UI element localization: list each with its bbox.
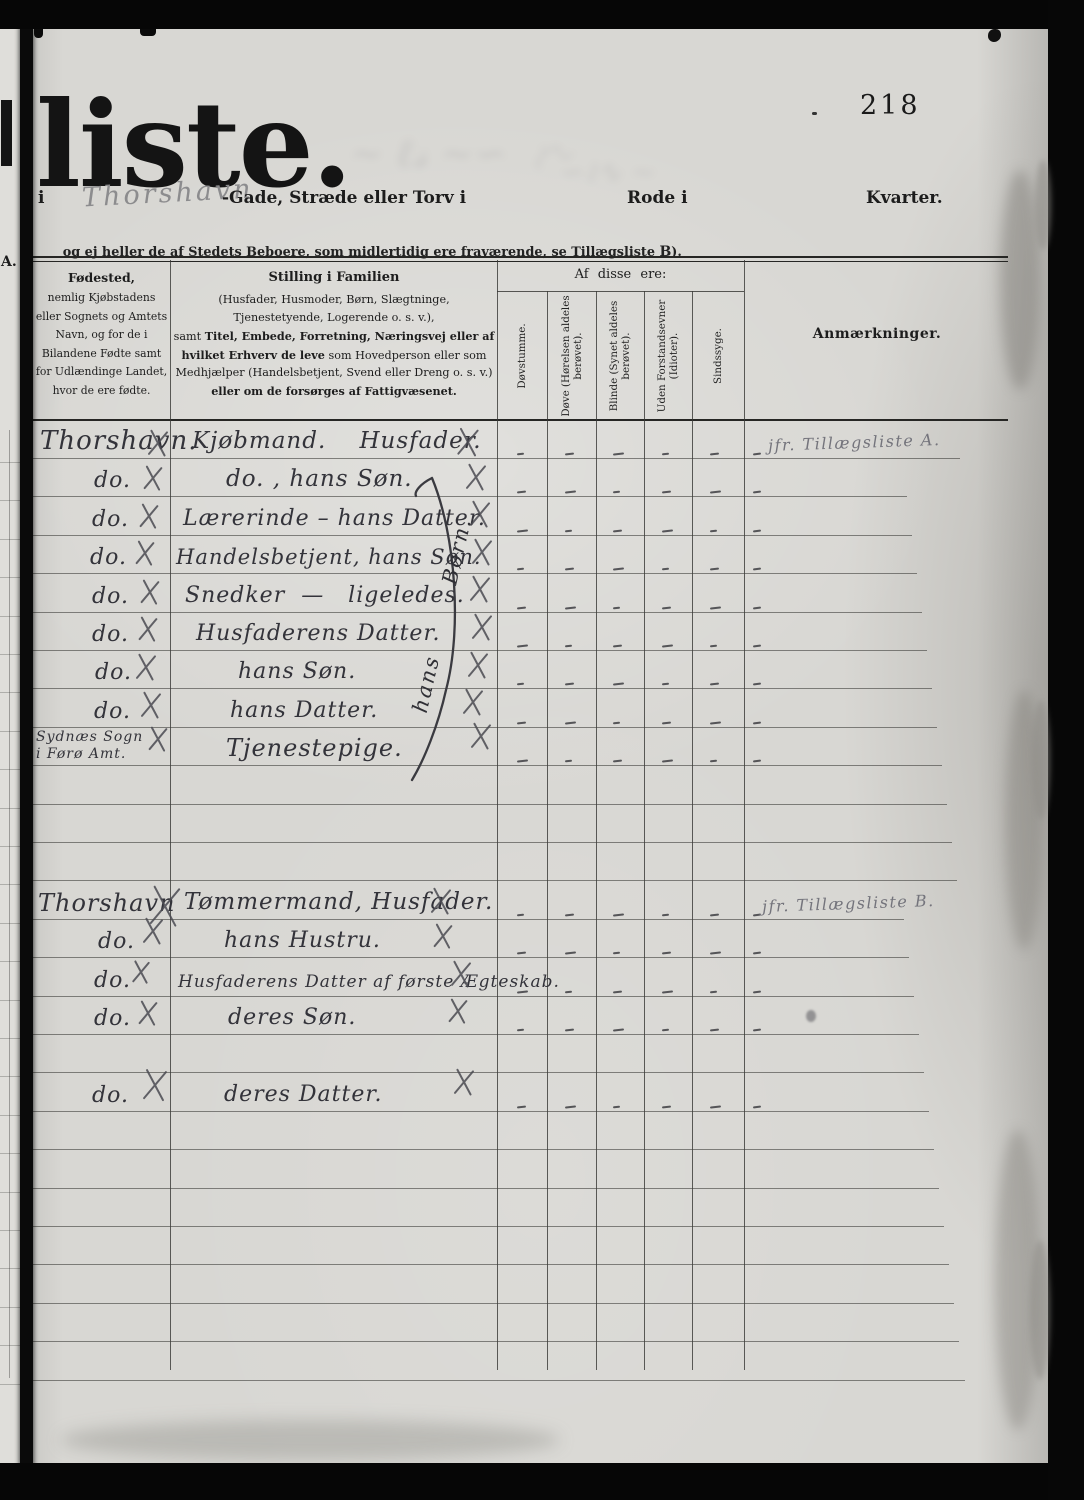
position-header-segment: som Hovedperson eller som xyxy=(325,349,487,362)
birthplace-x-mark xyxy=(137,501,160,531)
scanner-bar-bottom xyxy=(0,1463,1084,1500)
birthplace-entry: do. xyxy=(92,1083,129,1109)
disability-none-dash xyxy=(517,1105,526,1108)
row-rule-line xyxy=(33,1226,944,1227)
disability-none-dash xyxy=(517,990,528,993)
disability-none-dash xyxy=(565,606,576,609)
disability-none-dash xyxy=(517,683,524,686)
disability-none-dash xyxy=(517,453,524,456)
birthplace-header-title: Fødested, xyxy=(33,270,170,285)
disability-none-dash xyxy=(517,644,528,647)
remarks-header: Anmærkninger. xyxy=(744,326,1010,342)
row-rule-line xyxy=(33,458,960,459)
birthplace-x-mark xyxy=(136,614,159,644)
disability-none-dash xyxy=(710,529,717,532)
row-rule-line xyxy=(33,1303,954,1304)
disability-none-dash xyxy=(710,721,721,724)
role-entry: hans Søn. xyxy=(238,660,356,684)
disability-none-dash xyxy=(710,1028,719,1031)
birthplace-entry: Sydnæs Sogn i Førø Amt. xyxy=(36,729,143,763)
disability-none-dash xyxy=(565,913,574,916)
disability-none-dash xyxy=(613,1028,624,1031)
disability-none-dash xyxy=(662,683,669,686)
note-line-bold: B xyxy=(659,244,671,260)
disability-none-dash xyxy=(662,990,673,993)
disability-none-dash xyxy=(710,760,717,763)
disability-none-dash xyxy=(613,683,624,686)
remarks-none-dash xyxy=(753,952,761,955)
column-line xyxy=(547,291,548,1370)
role-x-mark xyxy=(431,921,454,951)
ink-drip xyxy=(34,29,43,38)
row-rule-line xyxy=(33,957,909,958)
role-entry: Tjenestepige. xyxy=(226,735,403,761)
street-label: -Gade, Stræde eller Torv i xyxy=(222,188,466,208)
disability-column-label: Døve (Hørelsen aldeles berøvet). xyxy=(559,292,583,420)
remarks-none-dash xyxy=(753,568,761,571)
disability-none-dash xyxy=(565,529,572,532)
remarks-none-dash xyxy=(753,645,761,648)
role-x-mark xyxy=(427,885,452,917)
role-x-mark xyxy=(466,573,491,605)
table-top-rule xyxy=(33,256,1008,258)
birthplace-entry: do. xyxy=(98,929,135,955)
disability-none-dash xyxy=(565,683,574,686)
birthplace-entry: do. xyxy=(90,545,127,571)
disability-none-dash xyxy=(662,721,671,724)
role-x-mark xyxy=(468,611,493,643)
remarks-annotation: jfr. Tillægsliste A. xyxy=(768,430,941,455)
rode-label: Rode i xyxy=(627,188,688,208)
disability-none-dash xyxy=(662,644,673,647)
disability-none-dash xyxy=(613,721,620,724)
disability-none-dash xyxy=(613,452,624,455)
note-line-close: ). xyxy=(671,245,682,260)
remarks-none-dash xyxy=(753,453,761,456)
disability-none-dash xyxy=(613,529,622,532)
birthplace-header-line: Navn, og for de i xyxy=(33,328,170,341)
role-entry: Kjøbmand. Husfader. xyxy=(192,429,482,454)
position-header-line: (Husfader, Husmoder, Børn, Slægtninge, xyxy=(171,293,497,306)
birthplace-x-mark xyxy=(146,724,169,754)
column-line xyxy=(497,260,498,1370)
birthplace-header-line: eller Sognets og Amtets xyxy=(33,310,170,323)
position-header-segment: eller om de forsørges af Fattigvæsenet. xyxy=(211,384,457,398)
row-rule-line xyxy=(33,1149,934,1150)
column-line xyxy=(596,291,597,1370)
birthplace-x-mark xyxy=(137,689,162,721)
row-rule-line xyxy=(33,842,952,843)
disability-none-dash xyxy=(517,491,526,494)
remarks-none-dash xyxy=(753,606,761,609)
disability-none-dash xyxy=(565,1105,576,1108)
remarks-none-dash xyxy=(753,721,761,724)
remarks-none-dash xyxy=(753,990,761,993)
disability-none-dash xyxy=(662,760,673,763)
role-entry: Husfaderens Datter af første Ægteskab. xyxy=(178,973,560,992)
disability-none-dash xyxy=(710,1105,721,1108)
disability-none-dash xyxy=(517,529,528,532)
remarks-none-dash xyxy=(753,913,761,916)
scanner-bar-right xyxy=(1048,0,1084,1500)
torn-edge xyxy=(1030,1240,1050,1380)
birthplace-header-line: for Udlændinge Landet, xyxy=(33,365,170,378)
role-x-mark xyxy=(446,996,469,1026)
birthplace-x-mark xyxy=(130,958,151,986)
role-entry: hans Hustru. xyxy=(224,929,381,953)
disability-none-dash xyxy=(662,491,671,494)
position-header-segment: Titel, Embede, Forretning, Næringsvej el… xyxy=(205,329,495,343)
book-fold-bar xyxy=(20,26,33,1466)
role-entry: hans Datter. xyxy=(230,699,378,723)
disability-none-dash xyxy=(662,453,669,456)
position-header-segment: hvilket Erhverv de leve xyxy=(182,348,325,362)
disability-none-dash xyxy=(710,913,719,916)
birthplace-x-mark xyxy=(133,538,156,568)
birthplace-entry: do. xyxy=(94,468,131,494)
kvarter-label: Kvarter. xyxy=(866,188,943,208)
role-x-mark xyxy=(468,536,493,568)
remarks-none-dash xyxy=(753,1105,761,1108)
row-rule-line xyxy=(33,804,947,805)
disability-none-dash xyxy=(517,721,526,724)
column-line xyxy=(744,260,745,1370)
birthplace-entry: do. xyxy=(94,699,131,725)
scanner-bar-top xyxy=(0,0,1084,29)
position-header-segment: (Husfader, Husmoder, Børn, Slægtninge, xyxy=(218,293,449,306)
torn-edge xyxy=(1032,700,1050,820)
disability-column-label: Døvstumme. xyxy=(516,292,528,420)
row-rule-line xyxy=(33,880,957,881)
remarks-none-dash xyxy=(753,760,761,763)
row-rule-line xyxy=(33,1264,949,1265)
role-entry: deres Søn. xyxy=(228,1006,356,1030)
disability-none-dash xyxy=(517,913,524,916)
disability-none-dash xyxy=(710,683,719,686)
remarks-none-dash xyxy=(753,1029,761,1032)
role-entry: do. , hans Søn. xyxy=(226,467,413,492)
disability-none-dash xyxy=(565,952,576,955)
disability-none-dash xyxy=(710,491,721,494)
position-header-line: samt Titel, Embede, Forretning, Næringsv… xyxy=(171,329,497,343)
disability-none-dash xyxy=(517,568,524,571)
birthplace-x-mark xyxy=(136,998,159,1028)
row-rule-line xyxy=(33,1111,929,1112)
disability-none-dash xyxy=(517,952,526,955)
birthplace-header-line: nemlig Kjøbstadens xyxy=(33,291,170,304)
disability-none-dash xyxy=(565,990,572,993)
birthplace-x-mark xyxy=(138,577,161,607)
position-header-line: Medhjælper (Handelsbetjent, Svend eller … xyxy=(171,366,497,379)
bleedthrough-ghost: ∽≀∿ ∼ xyxy=(560,155,656,190)
disability-none-dash xyxy=(710,645,717,648)
position-header-title: Stilling i Familien xyxy=(171,270,497,285)
disability-none-dash xyxy=(613,606,620,609)
role-x-mark xyxy=(467,720,492,752)
disability-none-dash xyxy=(662,606,671,609)
role-entry: deres Datter. xyxy=(224,1083,382,1107)
row-rule-line xyxy=(33,1380,965,1381)
disability-none-dash xyxy=(710,990,717,993)
remarks-none-dash xyxy=(753,529,761,532)
disability-none-dash xyxy=(517,606,526,609)
remarks-annotation: jfr. Tillægsliste B. xyxy=(762,891,935,916)
disability-none-dash xyxy=(613,491,620,494)
role-x-mark xyxy=(450,1066,475,1098)
row-rule-line xyxy=(33,1341,959,1342)
disability-column-label: Blinde (Synet aldeles berøvet). xyxy=(608,292,632,420)
column-line xyxy=(692,291,693,1370)
disability-none-dash xyxy=(613,1105,620,1108)
disability-none-dash xyxy=(613,952,620,955)
disability-column-label: Sindssyge. xyxy=(712,292,724,420)
disability-none-dash xyxy=(613,990,622,993)
torn-edge xyxy=(1035,160,1051,250)
birthplace-x-mark xyxy=(144,427,169,459)
disability-none-dash xyxy=(565,568,574,571)
disability-none-dash xyxy=(613,913,624,916)
position-header-line: hvilket Erhverv de leve som Hovedperson … xyxy=(171,348,497,362)
row-rule-line xyxy=(33,1034,919,1035)
birthplace-header-line: hvor de ere fødte. xyxy=(33,384,170,397)
note-line-text: og ej heller de af Stedets Beboere, som … xyxy=(63,245,660,260)
table-top-rule2 xyxy=(33,261,1008,262)
birthplace-x-mark xyxy=(139,915,164,947)
disability-none-dash xyxy=(662,913,669,916)
disability-none-dash xyxy=(710,952,721,955)
birthplace-entry: do. xyxy=(92,622,129,648)
disability-none-dash xyxy=(517,760,528,763)
birthplace-entry: do. xyxy=(94,968,131,994)
position-header-segment: Medhjælper (Handelsbetjent, Svend eller … xyxy=(175,366,492,379)
remarks-none-dash xyxy=(753,491,761,494)
disability-none-dash xyxy=(662,1105,671,1108)
bleedthrough-ghost: ~ ℓ𝓈 ∼∽ ≀∿ xyxy=(350,130,569,177)
census-scan-page: A. 218 liste. ~ ℓ𝓈 ∼∽ ≀∿ ∽≀∿ ∼ i Thorsha… xyxy=(0,0,1084,1500)
ink-dot xyxy=(812,112,817,115)
disability-none-dash xyxy=(565,760,572,763)
ink-drip xyxy=(140,29,156,36)
span-header: Af disse ere: xyxy=(497,267,744,282)
row-rule-line xyxy=(33,1188,939,1189)
disability-column-label: Uden Forstandsevner (Idioter). xyxy=(656,292,680,420)
birthplace-entry: do. xyxy=(92,584,129,610)
disability-none-dash xyxy=(710,606,721,609)
row-rule-line xyxy=(33,765,942,766)
birthplace-x-mark xyxy=(141,463,164,493)
birthplace-entry: do. xyxy=(95,660,132,686)
role-x-mark xyxy=(453,425,479,459)
disability-none-dash xyxy=(662,529,673,532)
disability-none-dash xyxy=(565,645,572,648)
disability-none-dash xyxy=(662,568,669,571)
disability-none-dash xyxy=(662,1029,669,1032)
street-prefix: i xyxy=(38,188,44,208)
disability-none-dash xyxy=(517,1029,524,1032)
page-number: 218 xyxy=(860,90,921,121)
disability-none-dash xyxy=(565,1028,574,1031)
disability-none-dash xyxy=(613,760,622,763)
birthplace-header-line: Bilandene Fødte samt xyxy=(33,347,170,360)
ink-smudge xyxy=(806,1010,816,1022)
birthplace-x-mark xyxy=(139,1066,169,1105)
position-header-line: Tjenestetyende, Logerende o. s. v.), xyxy=(171,311,497,324)
remarks-none-dash xyxy=(753,683,761,686)
birthplace-entry: do. xyxy=(94,1006,131,1032)
disability-none-dash xyxy=(710,452,719,455)
disability-none-dash xyxy=(710,568,719,571)
row-rule-line xyxy=(33,996,914,997)
disability-none-dash xyxy=(565,452,574,455)
position-header-line: eller om de forsørges af Fattigvæsenet. xyxy=(171,384,497,398)
position-header-segment: Tjenestetyende, Logerende o. s. v.), xyxy=(233,311,434,324)
disability-none-dash xyxy=(613,568,624,571)
disability-none-dash xyxy=(565,721,576,724)
birthplace-entry: do. xyxy=(92,507,129,533)
disability-none-dash xyxy=(565,491,576,494)
disability-none-dash xyxy=(613,644,622,647)
disability-none-dash xyxy=(662,952,671,955)
position-header-segment: samt xyxy=(174,330,205,343)
column-line xyxy=(644,291,645,1370)
role-x-mark xyxy=(447,958,472,990)
birthplace-entry: Thorshavn. xyxy=(40,426,197,457)
birthplace-x-mark xyxy=(132,651,157,683)
